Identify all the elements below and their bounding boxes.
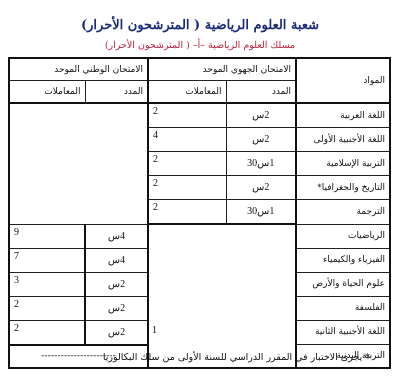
page-title: شعبة العلوم الرياضية ( المترشحون الأحرار… xyxy=(0,18,400,33)
duration-cell: 1س30 xyxy=(226,152,296,176)
empty-regional-block xyxy=(148,224,296,368)
header-regional-duration: المدد xyxy=(226,81,296,104)
coefficient-cell: 3 xyxy=(9,272,85,296)
coefficient-cell: 2 xyxy=(9,296,85,320)
duration-cell: 4س xyxy=(85,248,148,272)
subject-cell: اللغة العربية xyxy=(296,103,390,128)
empty-national-block xyxy=(9,103,148,224)
table-row: اللغة العربية 2س 2 xyxy=(9,103,390,128)
duration-cell: 1س30 xyxy=(226,200,296,225)
duration-cell: 2س xyxy=(85,296,148,320)
header-subjects: المواد xyxy=(296,58,390,103)
coefficient-cell: 2 xyxy=(148,103,226,128)
duration-cell: 2س xyxy=(226,103,296,128)
duration-cell: 2س xyxy=(85,272,148,296)
pe-regional-value: 1 xyxy=(152,325,157,336)
subject-cell: التاريخ والجغرافيا* xyxy=(296,176,390,200)
duration-cell: 4س xyxy=(85,224,148,248)
coefficient-cell: 2 xyxy=(148,176,226,200)
footnote: * يجرى الاختبار في المقرر الدراسي للسنة … xyxy=(103,352,370,363)
subject-cell: الرياضيات xyxy=(296,224,390,248)
page-subtitle: مسلك العلوم الرياضية –أ– ( المترشحون الأ… xyxy=(0,40,400,51)
duration-cell: 2س xyxy=(226,128,296,152)
coefficient-cell: 9 xyxy=(9,224,85,248)
coefficient-cell: 4 xyxy=(148,128,226,152)
subject-cell: الفيزياء والكيمياء xyxy=(296,248,390,272)
header-national-coefficient: المعاملات xyxy=(9,81,85,104)
coefficient-cell: 2 xyxy=(148,152,226,176)
duration-cell: 2س xyxy=(85,320,148,345)
header-national-exam: الامتحان الوطني الموحد xyxy=(9,58,148,81)
subject-cell: الفلسفة xyxy=(296,296,390,320)
header-national-duration: المدد xyxy=(85,81,148,104)
header-regional-exam: الامتحان الجهوي الموحد xyxy=(148,58,296,81)
duration-cell: 2س xyxy=(226,176,296,200)
coefficient-cell: 2 xyxy=(148,200,226,225)
coefficient-cell: 2 xyxy=(9,320,85,345)
subject-cell: اللغة الأجنبية الأولى xyxy=(296,128,390,152)
subject-cell: الترجمة xyxy=(296,200,390,225)
exam-schedule-table: المواد الامتحان الجهوي الموحد الامتحان ا… xyxy=(8,57,391,369)
coefficient-cell: 7 xyxy=(9,248,85,272)
header-row-1: المواد الامتحان الجهوي الموحد الامتحان ا… xyxy=(9,58,390,81)
header-regional-coefficient: المعاملات xyxy=(148,81,226,104)
table-row: الرياضيات 4س 9 xyxy=(9,224,390,248)
subject-cell: علوم الحياة والأرض xyxy=(296,272,390,296)
subject-cell: اللغة الأجنبية الثانية xyxy=(296,320,390,345)
subject-cell: التربية الإسلامية xyxy=(296,152,390,176)
